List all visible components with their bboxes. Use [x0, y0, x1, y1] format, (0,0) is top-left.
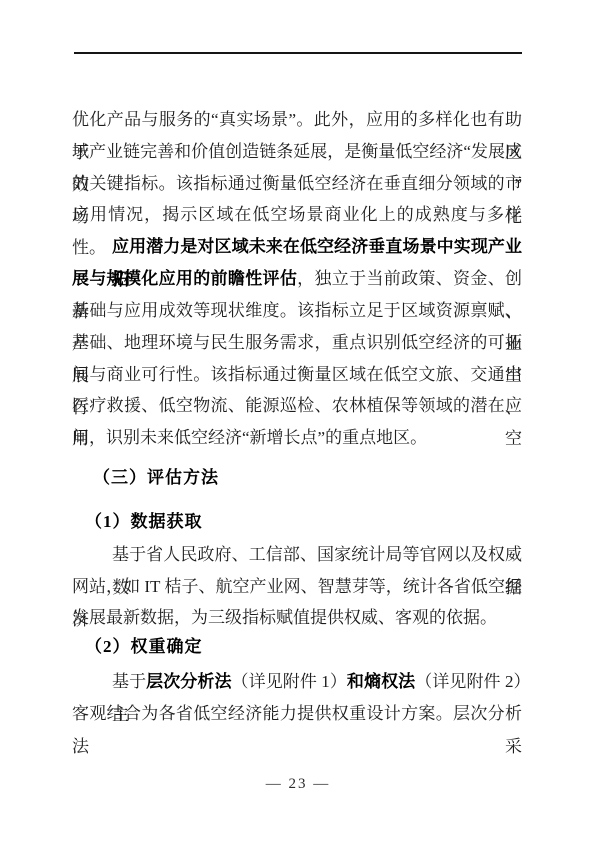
section-heading: （三）评估方法 — [72, 461, 522, 494]
bold-text-segment: （2）权重确定 — [85, 637, 203, 656]
text-segment: （详见附件 1） — [232, 672, 347, 691]
text-line: 客观结合为各省低空经济能力提供权重设计方案。层次分析法采 — [72, 697, 522, 763]
bold-text-segment: 和熵权法 — [347, 672, 415, 691]
text-segment: 客观结合为各省低空经济能力提供权重设计方案。层次分析法采 — [72, 704, 522, 756]
sub-heading: （1）数据获取 — [72, 505, 522, 538]
bold-text-segment: 层次分析法 — [146, 672, 231, 691]
bold-text-segment: 展与规模化应用的前瞻性评估 — [72, 269, 297, 288]
text-segment: 基于 — [112, 672, 146, 691]
text-segment: 发展最新数据，为三级指标赋值提供权威、客观的依据。 — [72, 608, 497, 627]
bold-text-segment: （三）评估方法 — [93, 468, 219, 487]
page-number: — 23 — — [0, 776, 596, 793]
bold-text-segment: （1）数据获取 — [85, 512, 203, 531]
document-page: 优化产品与服务的“真实场景”。此外，应用的多样化也有助于区域产业链完善和价值创造… — [0, 0, 596, 842]
text-line: 间，识别未来低空经济“新增长点”的重点地区。 — [72, 421, 522, 454]
text-column: 优化产品与服务的“真实场景”。此外，应用的多样化也有助于区域产业链完善和价值创造… — [72, 0, 522, 842]
sub-heading: （2）权重确定 — [72, 630, 522, 663]
text-segment: 间，识别未来低空经济“新增长点”的重点地区。 — [72, 428, 427, 447]
